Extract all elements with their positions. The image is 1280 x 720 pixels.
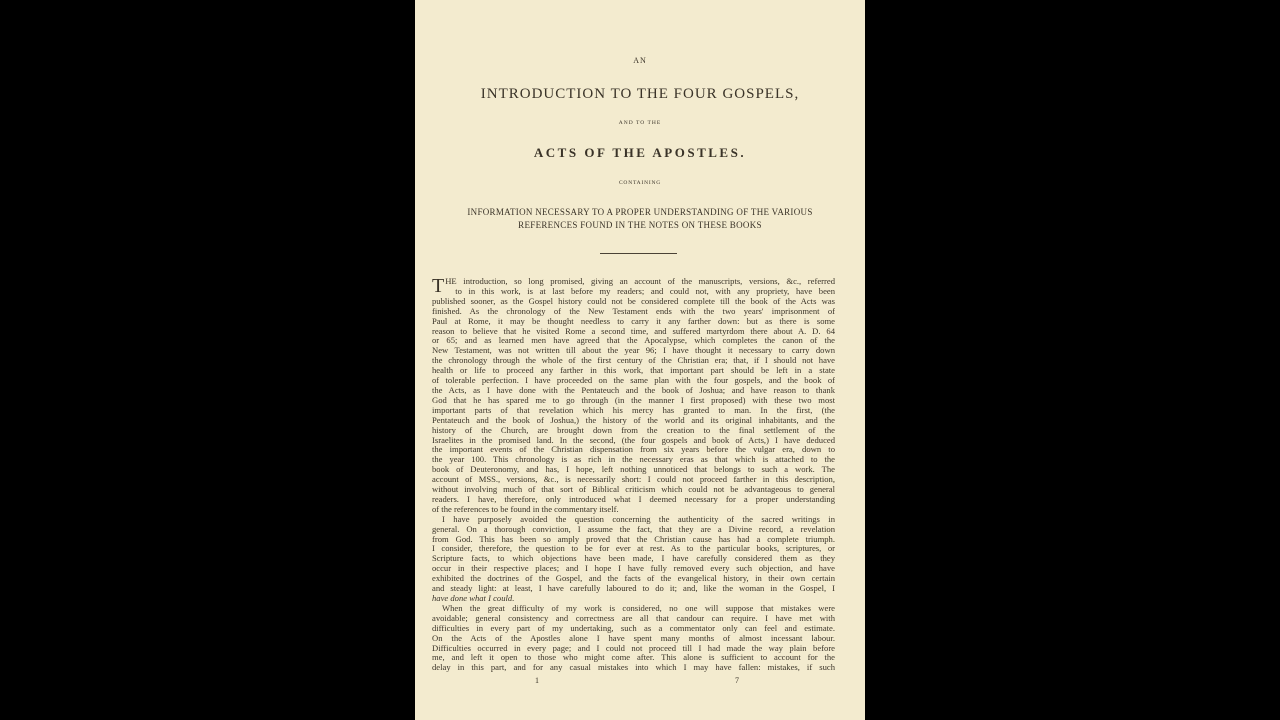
body-text: T HE introduction, so long promised, giv… [432,277,835,673]
text-line: When the great difficulty of my work is … [432,604,835,614]
text-line: or 65; and as learned men have agreed th… [432,336,835,346]
text-line: On the Acts of the Apostles alone I have… [432,634,835,644]
subtitle-info: INFORMATION NECESSARY TO A PROPER UNDERS… [415,206,865,232]
text-line: Israelites in the promised land. In the … [432,436,835,446]
text-line: exhibited the doctrines of the Gospel, a… [432,574,835,584]
text-line: Scripture facts, to which objections hav… [432,554,835,564]
text-line: without involving much of that sort of B… [432,485,835,495]
text-line: difficulties in every part of my underta… [432,624,835,634]
text-line: reason to believe that he visited Rome a… [432,327,835,337]
text-line: the Acts, as I have done with the Pentat… [432,386,835,396]
text-line: account of MSS., versions, &c., is neces… [432,475,835,485]
text-line: from God. This has been so amply proved … [432,535,835,545]
text-line: Pentateuch and the book of Joshua,) the … [432,416,835,426]
text-line: history of the Church, are brought down … [432,426,835,436]
text-line: of the references to be found in the com… [432,505,835,515]
subtitle-line-2: REFERENCES FOUND IN THE NOTES ON THESE B… [415,219,865,232]
heading-an: AN [415,56,865,65]
text-line: occur in their respective places; and I … [432,564,835,574]
signature-mark-left: 1 [535,676,539,685]
text-line: Difficulties occurred in every page; and… [432,644,835,654]
text-line: book of Deuteronomy, and has, I hope, le… [432,465,835,475]
text-line: the year 100. This chronology is as rich… [432,455,835,465]
text-line: general. On a thorough conviction, I ass… [432,525,835,535]
text-line: important parts of that revelation which… [432,406,835,416]
text-line: have done what I could. [432,594,835,604]
text-line: God that he has spared me to go through … [432,396,835,406]
text-line: avoidable; general consistency and corre… [432,614,835,624]
text-line: HE introduction, so long promised, givin… [445,277,835,287]
text-line: to in this work, is at last before my re… [445,287,835,297]
text-line: me, and left it open to those who might … [432,653,835,663]
text-line: delay in this part, and for any casual m… [432,663,835,673]
title-acts-of-apostles: ACTS OF THE APOSTLES. [415,145,865,161]
signature-mark-right: 7 [735,676,739,685]
text-line: health or life to proceed any farther in… [432,366,835,376]
text-line: New Testament, was not written till abou… [432,346,835,356]
text-line: the chronology through the whole of the … [432,356,835,366]
subtitle-line-1: INFORMATION NECESSARY TO A PROPER UNDERS… [415,206,865,219]
heading-containing: CONTAINING [415,180,865,186]
text-line: readers. I have, therefore, only introdu… [432,495,835,505]
text-line: and steady light: at least, I have caref… [432,584,835,594]
divider-rule [600,253,677,254]
text-line: Paul at Rome, it may be thought needless… [432,317,835,327]
text-line: I have purposely avoided the question co… [432,515,835,525]
drop-cap: T [432,278,444,295]
heading-and-to-the: AND TO THE [415,120,865,126]
text-line: I consider, therefore, the question to b… [432,544,835,554]
title-four-gospels: INTRODUCTION TO THE FOUR GOSPELS, [415,86,865,103]
document-page: AN INTRODUCTION TO THE FOUR GOSPELS, AND… [415,0,865,720]
text-line: finished. As the chronology of the New T… [432,307,835,317]
text-line: the important events of the Christian di… [432,445,835,455]
text-line: of tolerable perfection. I have proceede… [432,376,835,386]
text-line: published sooner, as the Gospel history … [432,297,835,307]
